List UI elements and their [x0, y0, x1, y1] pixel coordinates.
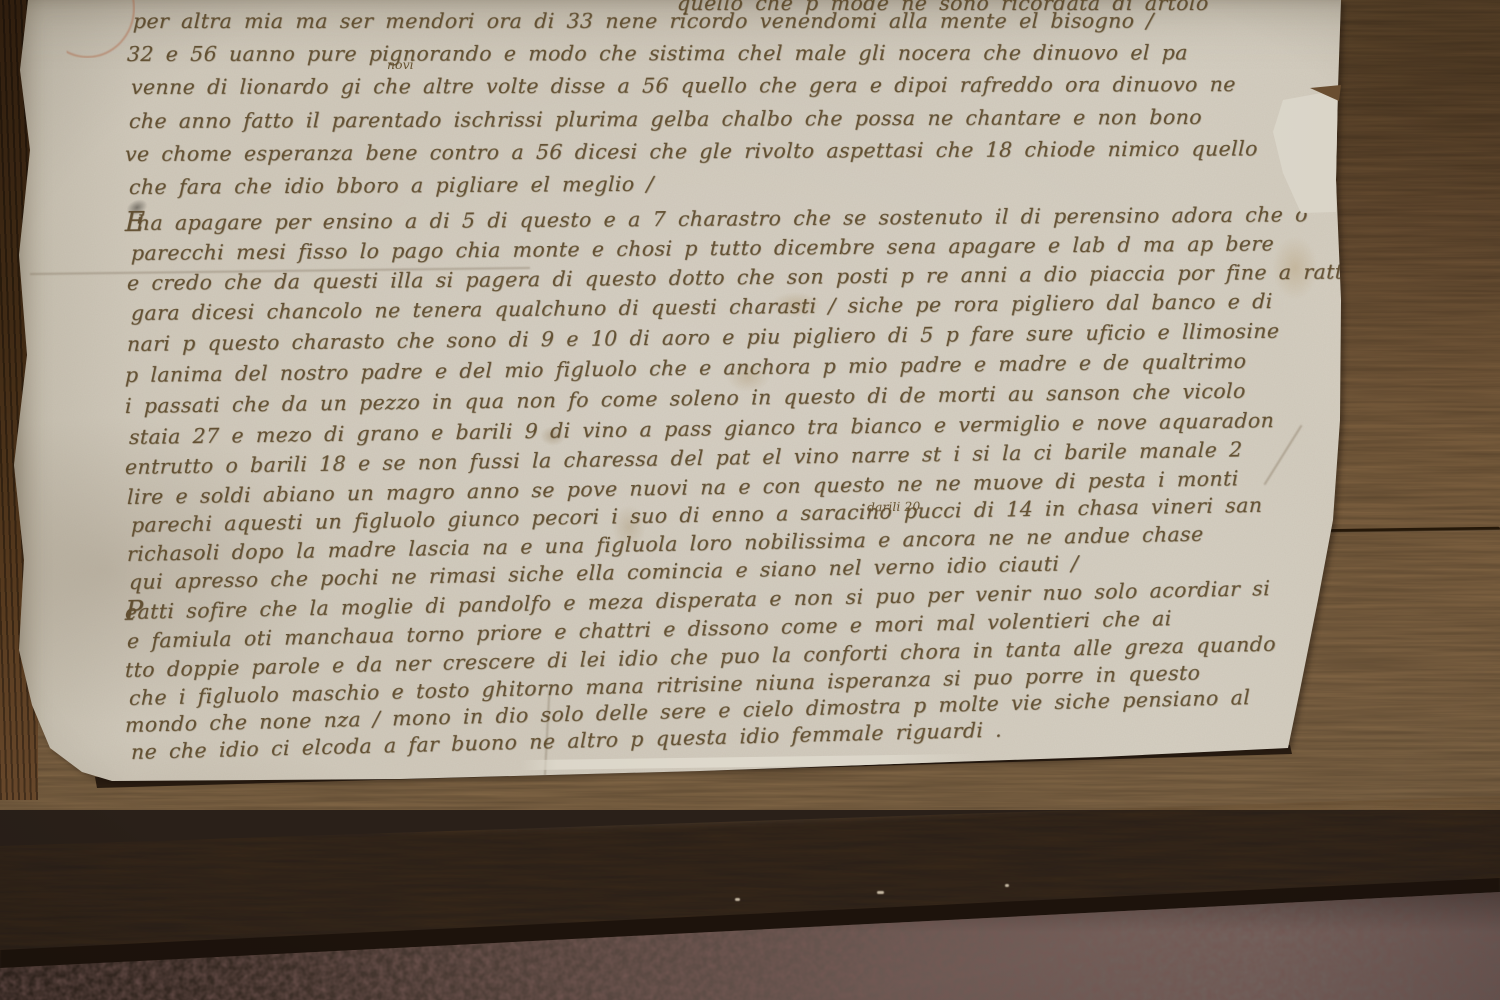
- manuscript-text: quello che p mode ne sono ricordata di a…: [125, 0, 1320, 800]
- flourished-initial: E: [125, 212, 146, 234]
- manuscript-line: 32 e 56 uanno pure pignorando e modo che…: [127, 41, 1189, 65]
- manuscript-line: gara dicesi chancolo ne tenera qualchuno…: [131, 290, 1273, 324]
- manuscript-line: parecchi mesi fisso lo pago chia monte e…: [131, 232, 1275, 264]
- flourished-initial: P: [125, 601, 144, 623]
- interlinear-note: novi: [387, 57, 414, 72]
- manuscript-line: ve chome esperanza bene contro a 56 dice…: [125, 137, 1258, 165]
- manuscript-line: che anno fatto il parentado ischrissi pl…: [129, 106, 1203, 132]
- manuscript-paper: quello che p mode ne sono ricordata di a…: [0, 0, 1500, 1000]
- manuscript-line: che fara che idio bboro a pigliare el me…: [129, 173, 654, 198]
- manuscript-line: E ha apagare per ensino a di 5 di questo…: [125, 203, 1308, 234]
- interlinear-note: darili 20: [867, 499, 921, 515]
- manuscript-line: e credo che da questi illa si pagera di …: [127, 260, 1357, 294]
- paper-wrapper: quello che p mode ne sono ricordata di a…: [0, 0, 1500, 1000]
- photo-of-manuscript: quello che p mode ne sono ricordata di a…: [0, 0, 1500, 1000]
- manuscript-line: venne di lionardo gi che altre volte dis…: [131, 73, 1237, 98]
- manuscript-line: per altra mia ma ser mendori ora di 33 n…: [133, 10, 1154, 32]
